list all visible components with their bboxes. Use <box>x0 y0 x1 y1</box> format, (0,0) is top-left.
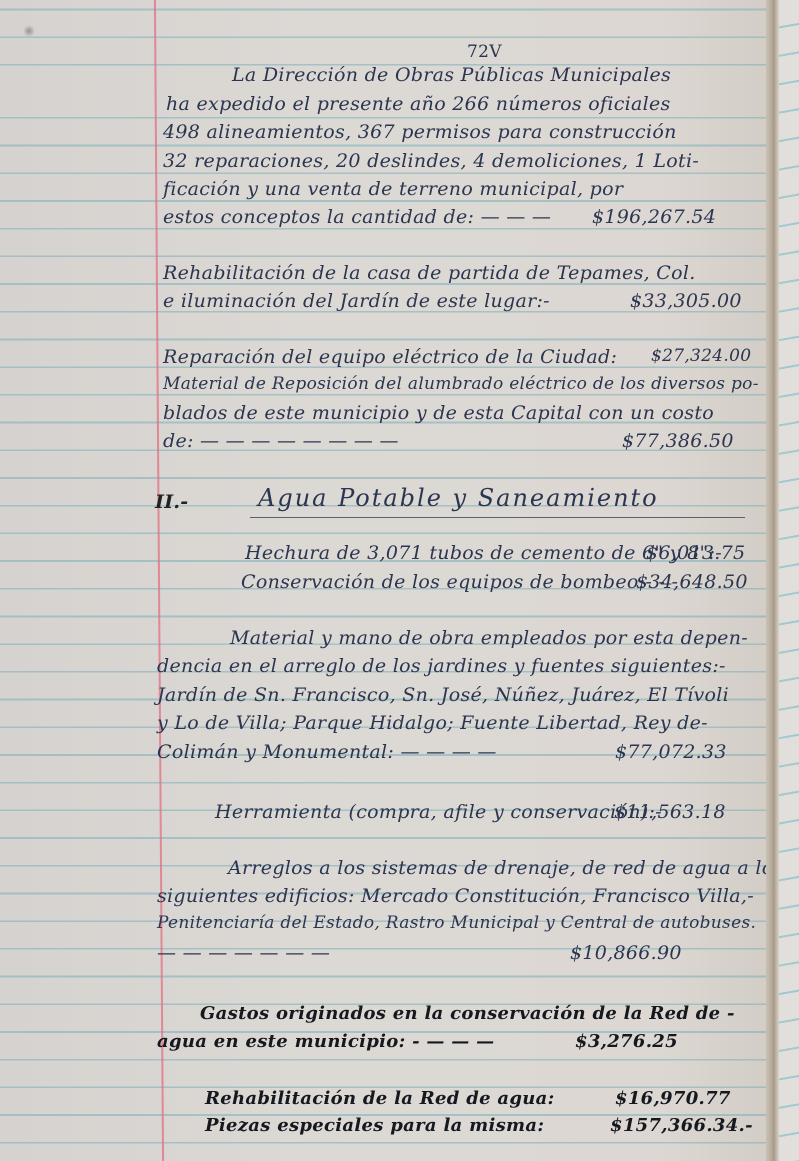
entry-line: Material de Reposición del alumbrado elé… <box>163 374 759 394</box>
entry-line: Jardín de Sn. Francisco, Sn. José, Núñez… <box>157 684 729 706</box>
entry-line: 32 reparaciones, 20 deslindes, 4 demolic… <box>163 150 699 172</box>
entry-amount: $11,563.18 <box>614 801 726 823</box>
adjacent-page <box>779 0 799 1161</box>
entry-line: estos conceptos la cantidad de: — — — <box>163 206 551 228</box>
entry-line: Piezas especiales para la misma: <box>205 1115 544 1136</box>
entry-amount: $77,386.50 <box>622 430 734 452</box>
section-title: Agua Potable y Saneamiento <box>258 484 659 512</box>
entry-amount: $77,072.33 <box>615 741 727 763</box>
entry-line: Reparación del equipo eléctrico de la Ci… <box>163 346 617 368</box>
page-edge <box>766 0 779 1161</box>
section-number: II.- <box>155 491 188 513</box>
entry-amount: $3,276.25 <box>575 1031 678 1052</box>
entry-line: 498 alineamientos, 367 permisos para con… <box>163 121 677 143</box>
entry-line: dencia en el arreglo de los jardines y f… <box>157 655 726 677</box>
entry-amount: $16,970.77 <box>615 1088 731 1109</box>
entry-amount: $10,866.90 <box>570 942 682 964</box>
entry-line: La Dirección de Obras Públicas Municipal… <box>232 64 671 86</box>
entry-line: Colimán y Monumental: — — — — <box>157 741 497 763</box>
entry-amount: $34,648.50 <box>636 571 748 593</box>
ink-smudge <box>24 24 34 38</box>
entry-amount: $27,324.00 <box>651 346 751 366</box>
entry-line: Gastos originados en la conservación de … <box>200 1003 735 1024</box>
entry-amount: $196,267.54 <box>592 206 716 228</box>
section-title-underline <box>250 517 745 518</box>
ledger-page: 72V La Dirección de Obras Públicas Munic… <box>0 0 779 1161</box>
entry-line: Herramienta (compra, afile y conservació… <box>215 801 662 823</box>
entry-line: e iluminación del Jardín de este lugar:- <box>163 290 550 312</box>
folio-number: 72V <box>467 42 502 62</box>
entry-line: siguientes edificios: Mercado Constituci… <box>157 885 754 907</box>
entry-line: Arreglos a los sistemas de drenaje, de r… <box>228 857 779 879</box>
entry-line: Rehabilitación de la casa de partida de … <box>163 262 696 284</box>
entry-line: Penitenciaría del Estado, Rastro Municip… <box>157 913 756 933</box>
entry-line: blados de este municipio y de esta Capit… <box>163 402 714 424</box>
entry-line: Material y mano de obra empleados por es… <box>230 627 748 649</box>
entry-amount: $157,366.34.- <box>610 1115 753 1136</box>
entry-line: — — — — — — — <box>157 942 330 964</box>
entry-amount: $6,013.75 <box>646 542 745 564</box>
entry-line: de: — — — — — — — — <box>163 430 399 452</box>
entry-line: Rehabilitación de la Red de agua: <box>205 1088 555 1109</box>
entry-line: ha expedido el presente año 266 números … <box>166 93 671 115</box>
entry-amount: $33,305.00 <box>630 290 742 312</box>
entry-line: ficación y una venta de terreno municipa… <box>163 178 623 200</box>
entry-line: Conservación de los equipos de bombeo:- … <box>241 571 678 593</box>
entry-line: agua en este municipio: - — — — <box>157 1031 494 1052</box>
entry-line: y Lo de Villa; Parque Hidalgo; Fuente Li… <box>157 712 708 734</box>
